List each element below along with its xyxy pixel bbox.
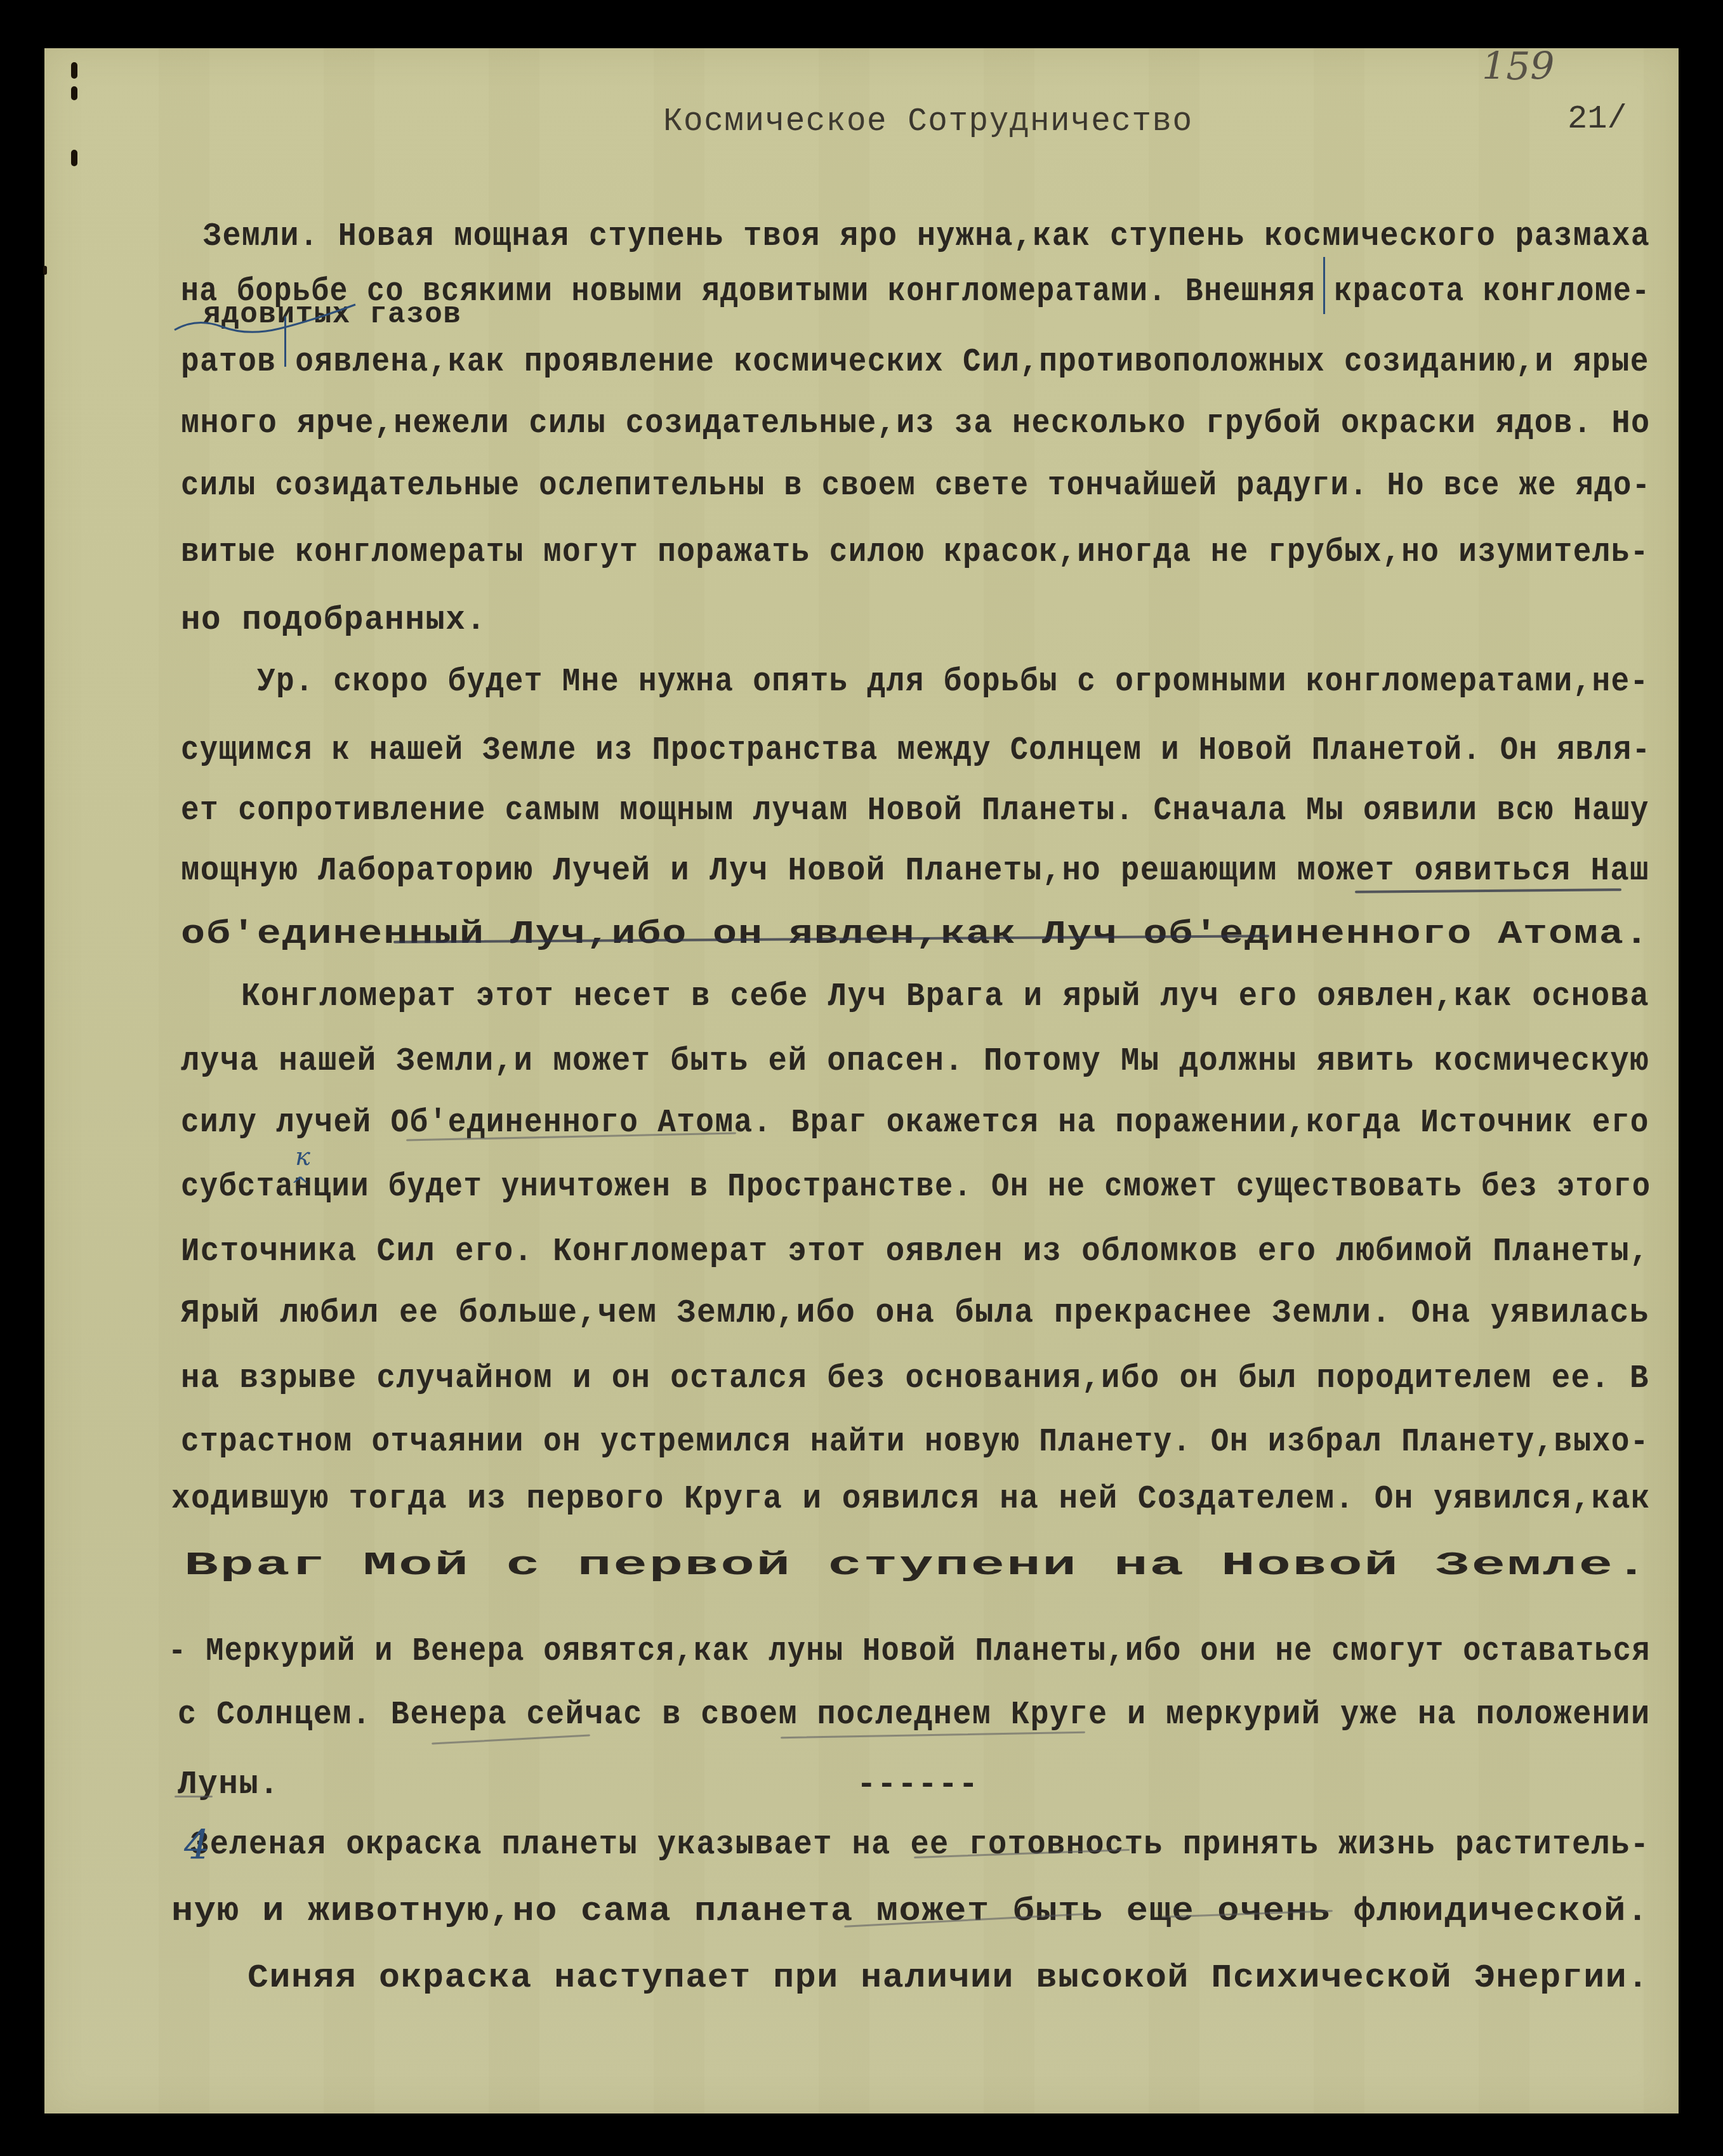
text-line: с Солнцем. Венера сейчас в своем последн…: [178, 1697, 1650, 1733]
text-line: ет сопротивление самым мощным лучам Ново…: [181, 793, 1649, 829]
binding-hole: [71, 62, 77, 79]
text-line: ходившую тогда из первого Круга и оявилс…: [171, 1482, 1651, 1518]
binding-hole: [71, 150, 77, 166]
underline-luny: [175, 1796, 213, 1798]
text-line: Источника Сил его. Конгломерат этот оявл…: [181, 1234, 1649, 1270]
text-line: Враг Мой с первой ступени на Новой Земле…: [184, 1548, 1650, 1584]
text-line: страстном отчаянии он устремился найти н…: [181, 1424, 1649, 1461]
text-line: субстанции будет уничтожен в Пространств…: [181, 1169, 1651, 1206]
archive-folio-number: 159: [1482, 44, 1555, 89]
text-line: - Меркурий и Венера оявятся,как луны Нов…: [168, 1634, 1651, 1670]
binding-hole: [71, 86, 77, 100]
binding-hole: [43, 266, 47, 275]
text-line: об'единенный Луч,ибо он явлен,как Луч об…: [181, 917, 1650, 953]
text-line: но подобранных.: [181, 603, 487, 639]
text-line: мощную Лабораторию Лучей и Луч Новой Пла…: [181, 853, 1649, 890]
text-line: силу лучей Об'единенного Атома. Враг ока…: [181, 1105, 1649, 1141]
correction-letter-k: к: [295, 1142, 310, 1171]
text-line: Конгломерат этот несет в себе Луч Врага …: [241, 979, 1649, 1015]
text-line: силы созидательные ослепительны в своем …: [181, 468, 1651, 504]
text-line: Синяя окраска наступает при наличии высо…: [248, 1961, 1649, 1997]
text-line: сущимся к нашей Земле из Пространства ме…: [181, 733, 1651, 769]
text-line: Ярый любил ее больше,чем Землю,ибо она б…: [181, 1296, 1649, 1332]
text-line: луча нашей Земли,и может быть ей опасен.…: [181, 1044, 1649, 1080]
text-line: ратов оявлена,как проявление космических…: [181, 345, 1649, 381]
caret-mark: ^: [291, 1173, 310, 1199]
text-line: на взрыве случайном и он остался без осн…: [181, 1361, 1649, 1397]
page-title: Космическое Сотрудничество: [663, 104, 1193, 140]
margin-number-4: 4: [184, 1822, 210, 1869]
word-separator-mark: [1323, 257, 1325, 314]
text-line: ------: [857, 1767, 979, 1803]
insertion-curve-mark: [171, 298, 362, 349]
text-line: Ур. скоро будет Мне нужна опять для борь…: [257, 664, 1649, 700]
text-line: Луны.: [178, 1767, 280, 1803]
text-line: много ярче,нежели силы созидательные,из …: [181, 406, 1651, 442]
text-line: витые конгломераты могут поражать силою …: [181, 535, 1649, 571]
text-line: Земли. Новая мощная ступень твоя яро нуж…: [203, 219, 1650, 255]
text-line: ную и животную,но сама планета может быт…: [171, 1894, 1649, 1930]
page-number: 21/: [1568, 100, 1627, 138]
